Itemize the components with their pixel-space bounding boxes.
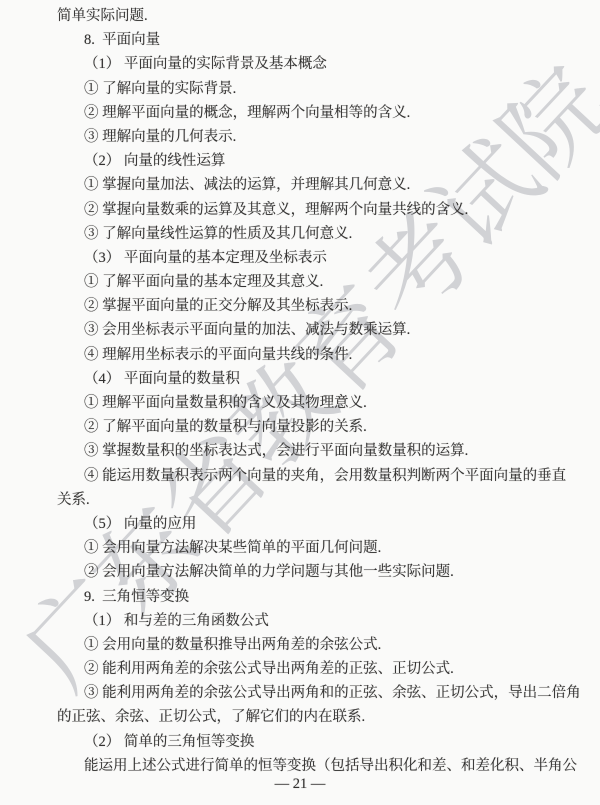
text-line-6: ③ 理解向量的几何表示. <box>57 125 580 149</box>
text-line-14: ③ 会用坐标表示平面向量的加法、减法与数乘运算. <box>57 318 580 342</box>
text-line-26: （1） 和与差的三角函数公式 <box>57 609 580 633</box>
text-line-25: 9. 三角恒等变换 <box>57 585 580 609</box>
text-line-13: ② 掌握平面向量的正交分解及其坐标表示. <box>57 294 580 318</box>
text-line-1: 简单实际问题. <box>57 4 580 28</box>
text-line-31: （2） 简单的三角恒等变换 <box>57 730 580 754</box>
text-line-17: ① 理解平面向量数量积的含义及其物理意义. <box>57 391 580 415</box>
text-line-7: （2） 向量的线性运算 <box>57 149 580 173</box>
text-line-29: ③ 能利用两角差的余弦公式导出两角和的正弦、余弦、正切公式，导出二倍角 <box>57 681 580 705</box>
text-line-21: 关系. <box>57 488 580 512</box>
text-line-27: ① 会用向量的数量积推导出两角差的余弦公式. <box>57 633 580 657</box>
text-line-18: ② 了解平面向量的数量积与向量投影的关系. <box>57 415 580 439</box>
text-line-22: （5） 向量的应用 <box>57 512 580 536</box>
text-line-10: ③ 了解向量线性运算的性质及其几何意义. <box>57 222 580 246</box>
text-line-8: ① 掌握向量加法、减法的运算，并理解其几何意义. <box>57 173 580 197</box>
text-line-2: 8. 平面向量 <box>57 28 580 52</box>
text-line-5: ② 理解平面向量的概念，理解两个向量相等的含义. <box>57 101 580 125</box>
text-line-28: ② 能利用两角差的余弦公式导出两角差的正弦、正切公式. <box>57 657 580 681</box>
text-line-11: （3） 平面向量的基本定理及坐标表示 <box>57 246 580 270</box>
text-line-30: 的正弦、余弦、正切公式，了解它们的内在联系. <box>57 705 580 729</box>
page-number: — 21 — <box>0 772 600 796</box>
text-line-19: ③ 掌握数量积的坐标表达式，会进行平面向量数量积的运算. <box>57 439 580 463</box>
document-body: 简单实际问题.8. 平面向量（1） 平面向量的实际背景及基本概念① 了解向量的实… <box>57 4 580 778</box>
text-line-12: ① 了解平面向量的基本定理及其意义. <box>57 270 580 294</box>
text-line-4: ① 了解向量的实际背景. <box>57 77 580 101</box>
text-line-9: ② 掌握向量数乘的运算及其意义，理解两个向量共线的含义. <box>57 198 580 222</box>
text-line-16: （4） 平面向量的数量积 <box>57 367 580 391</box>
text-line-24: ② 会用向量方法解决简单的力学问题与其他一些实际问题. <box>57 560 580 584</box>
text-line-23: ① 会用向量方法解决某些简单的平面几何问题. <box>57 536 580 560</box>
text-line-3: （1） 平面向量的实际背景及基本概念 <box>57 52 580 76</box>
scanned-document-page: 广东省教育考试院 简单实际问题.8. 平面向量（1） 平面向量的实际背景及基本概… <box>0 0 600 805</box>
text-line-20: ④ 能运用数量积表示两个向量的夹角，会用数量积判断两个平面向量的垂直 <box>57 464 580 488</box>
text-line-15: ④ 理解用坐标表示的平面向量共线的条件. <box>57 343 580 367</box>
